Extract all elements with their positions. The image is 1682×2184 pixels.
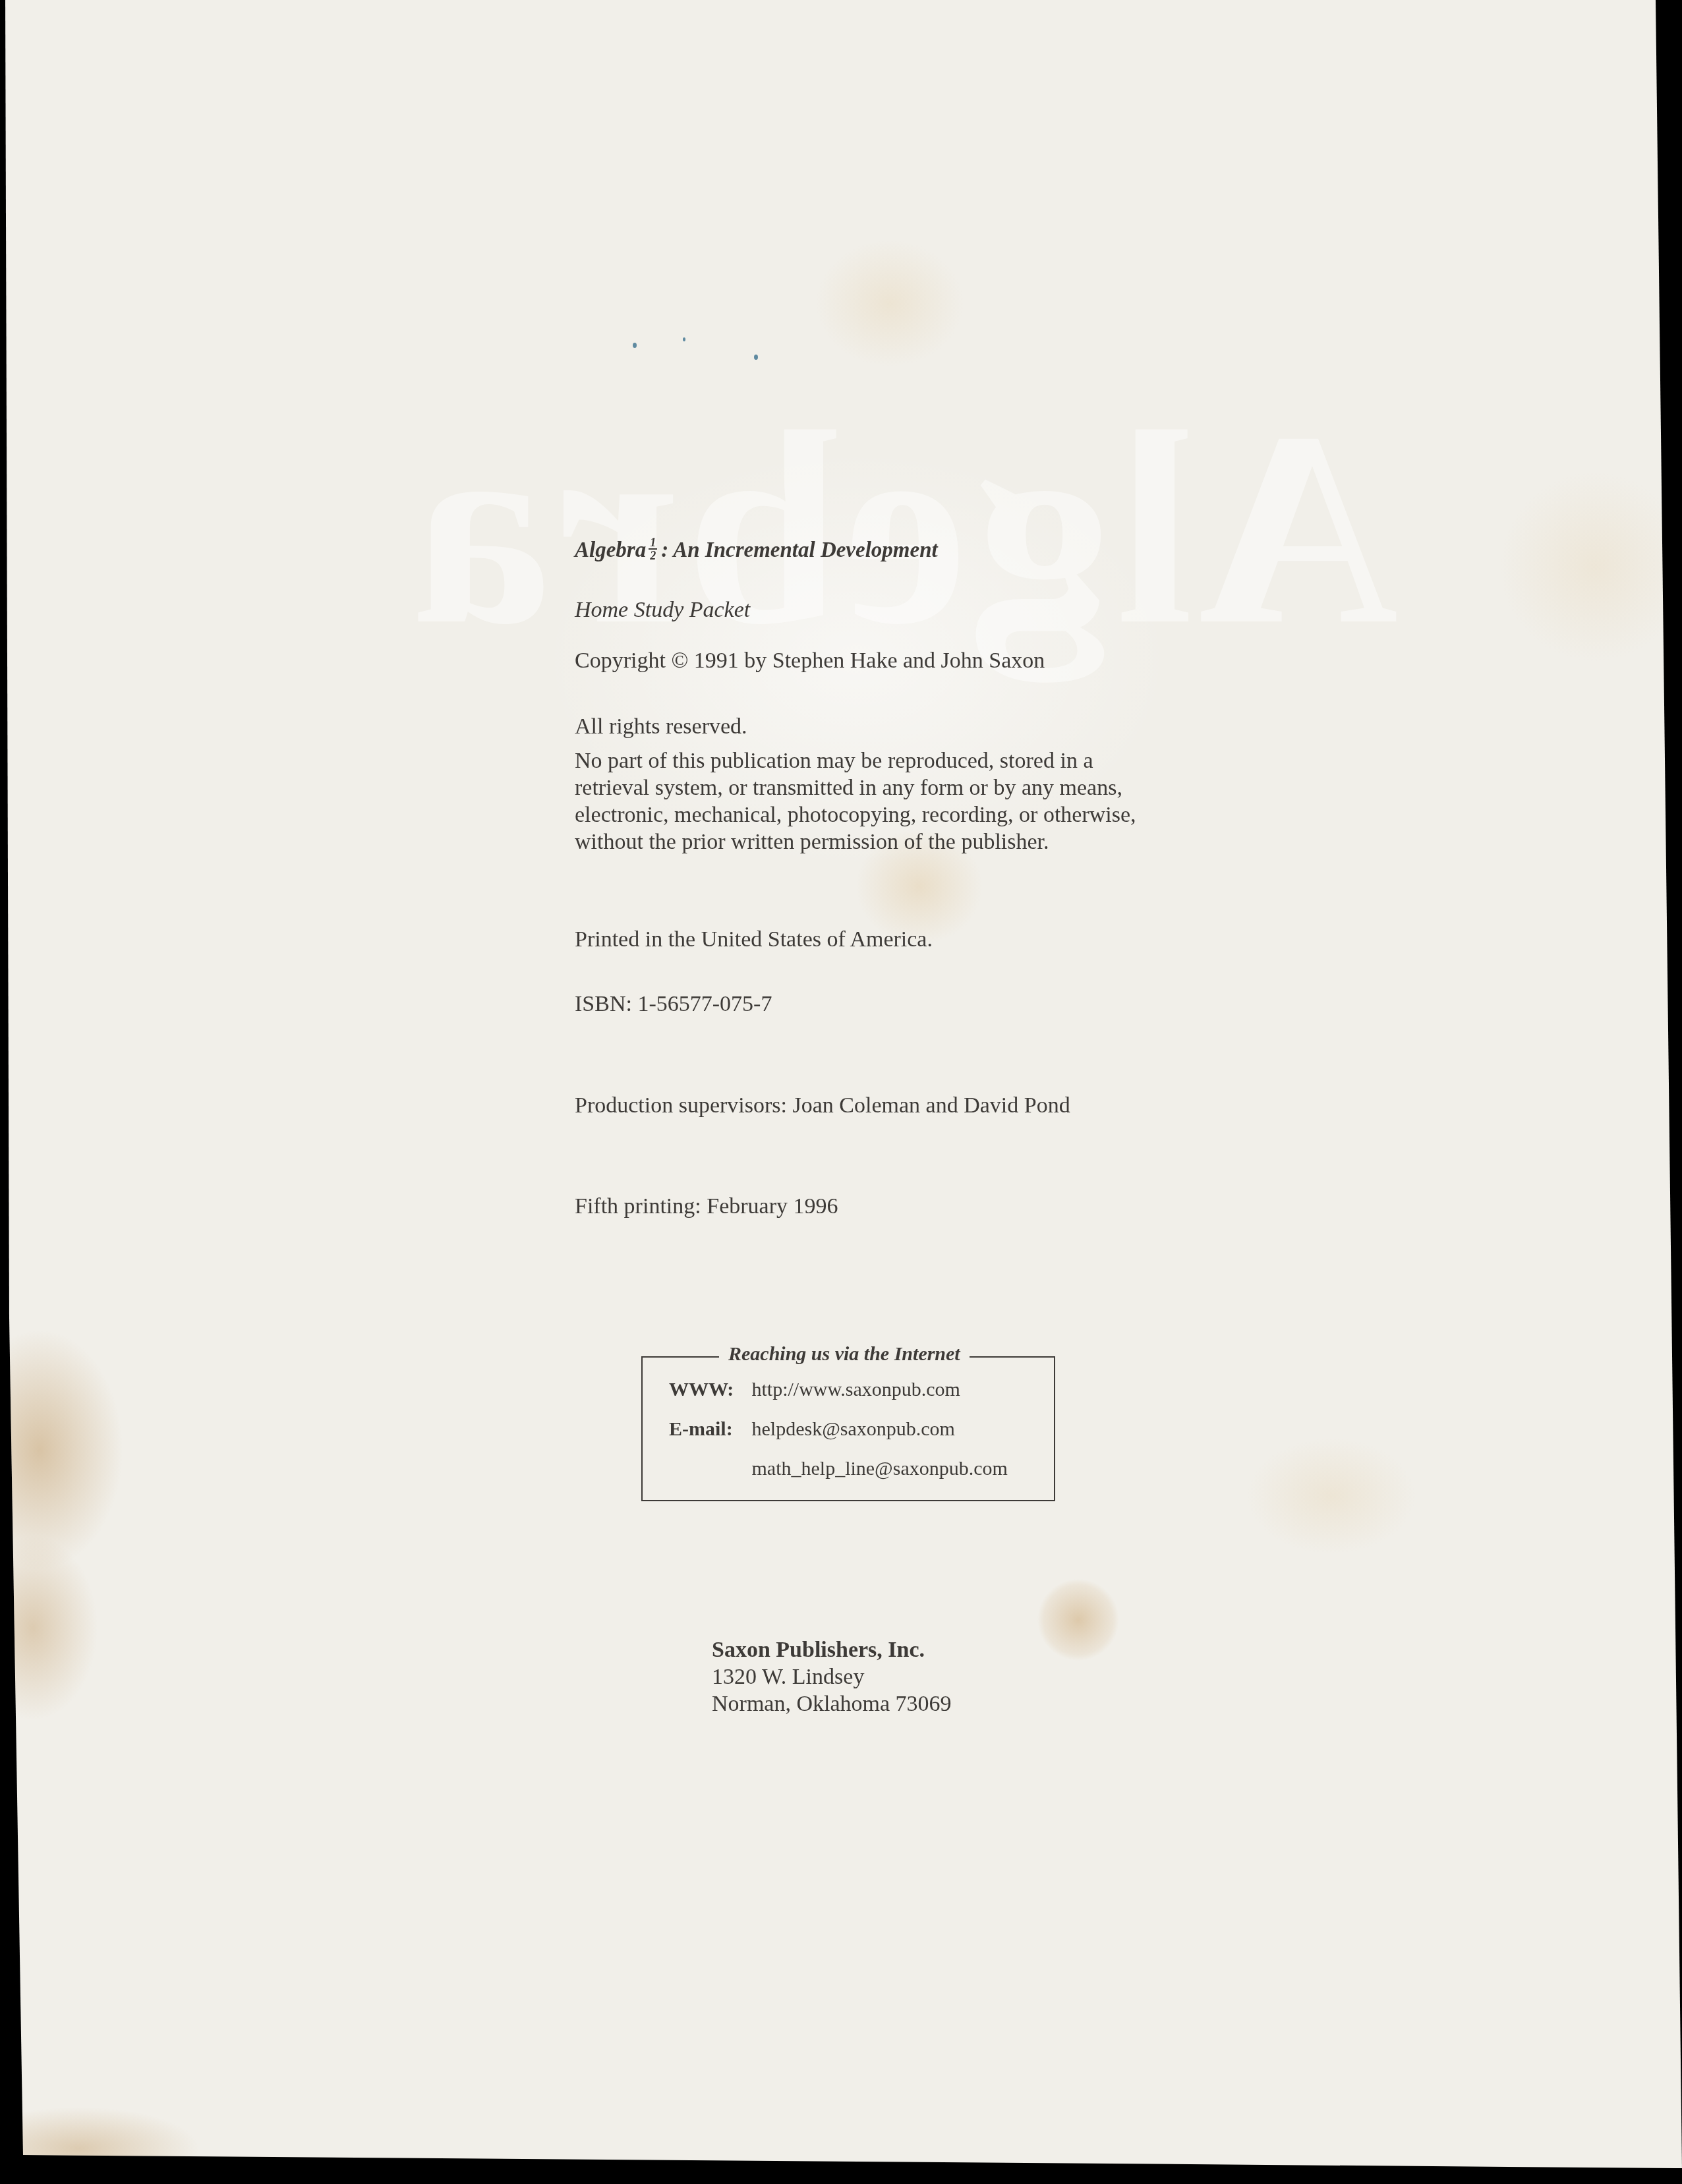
publisher-city: Norman, Oklahoma 73069	[712, 1690, 952, 1717]
legal-paragraph: No part of this publication may be repro…	[575, 747, 1168, 855]
copyright-line: Copyright © 1991 by Stephen Hake and Joh…	[575, 648, 1234, 674]
one-half-fraction: 12	[649, 536, 657, 561]
book-title: Algebra12: An Incremental Development	[575, 537, 1234, 564]
contact-label: WWW:	[669, 1379, 747, 1401]
isbn: ISBN: 1-56577-075-7	[575, 991, 1234, 1018]
rights-reserved: All rights reserved.	[575, 714, 1234, 740]
printing-info: Fifth printing: February 1996	[575, 1193, 1234, 1220]
subtitle: Home Study Packet	[575, 597, 1234, 623]
email-link-math-help[interactable]: math_help_line@saxonpub.com	[752, 1458, 1008, 1480]
internet-box-title: Reaching us via the Internet	[719, 1343, 970, 1365]
publisher-name: Saxon Publishers, Inc.	[712, 1636, 952, 1663]
website-link[interactable]: http://www.saxonpub.com	[752, 1379, 960, 1400]
contact-row-email: E-mail: helpdesk@saxonpub.com	[669, 1418, 955, 1441]
fraction-denominator: 2	[649, 550, 657, 561]
fraction-numerator: 1	[649, 536, 657, 550]
title-suffix: : An Incremental Development	[661, 538, 938, 562]
production-supervisors: Production supervisors: Joan Coleman and…	[575, 1093, 1234, 1119]
title-prefix: Algebra	[575, 538, 646, 562]
contact-row-www: WWW: http://www.saxonpub.com	[669, 1379, 960, 1401]
internet-contact-box: Reaching us via the Internet WWW: http:/…	[641, 1356, 1055, 1501]
publisher-address: Saxon Publishers, Inc. 1320 W. Lindsey N…	[712, 1636, 952, 1717]
contact-label: E-mail:	[669, 1418, 747, 1441]
printed-in: Printed in the United States of America.	[575, 927, 1234, 953]
scanned-page: Algebra Algebra12: An Incremental Develo…	[0, 0, 1682, 2184]
publisher-street: 1320 W. Lindsey	[712, 1663, 952, 1690]
bleed-through-cover-title: Algebra	[409, 369, 1399, 687]
email-link-helpdesk[interactable]: helpdesk@saxonpub.com	[752, 1418, 955, 1440]
contact-row-email-2: math_help_line@saxonpub.com	[669, 1458, 1008, 1480]
